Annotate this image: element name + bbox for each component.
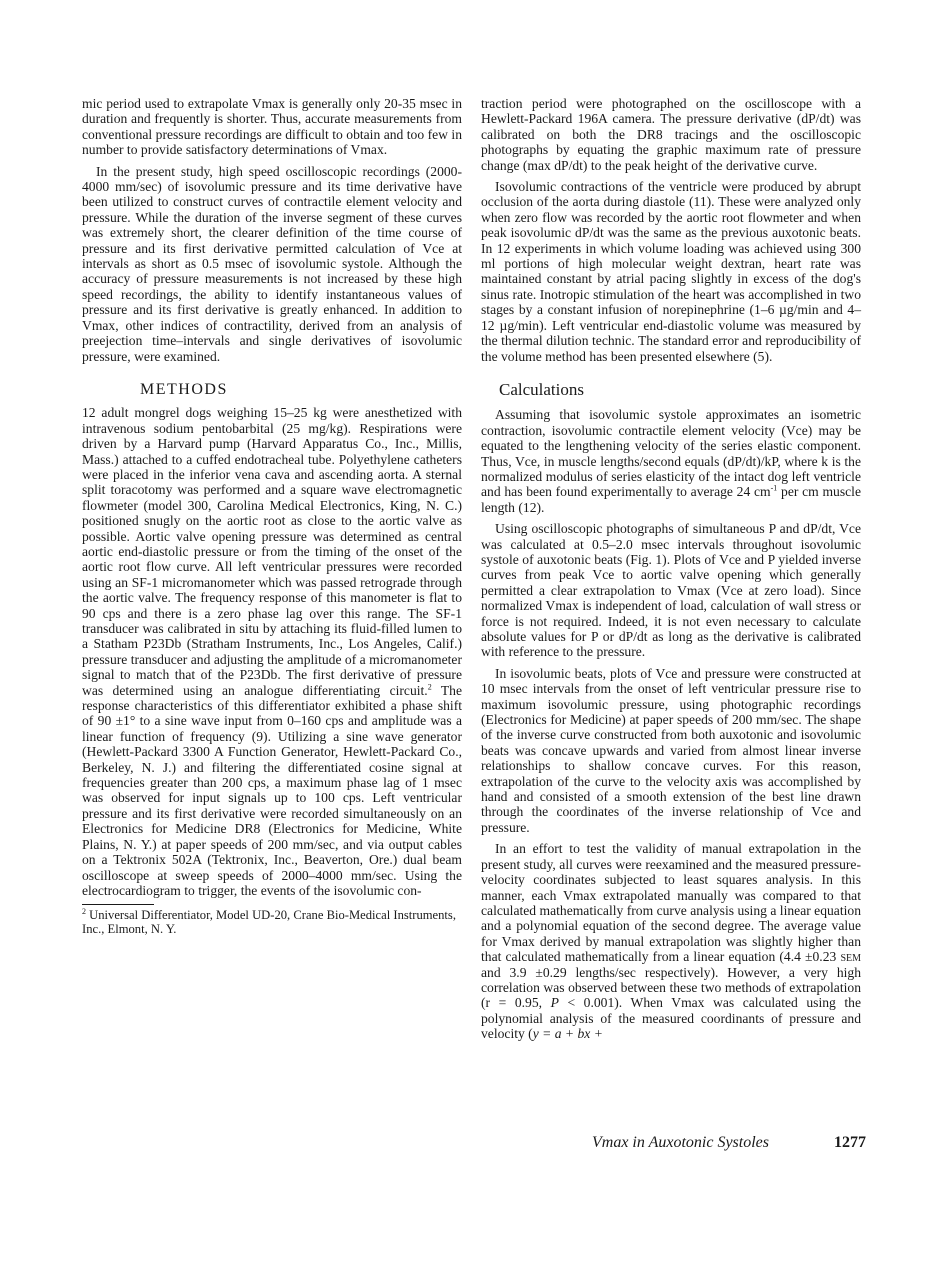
running-title: Vmax in Auxotonic Systoles [592, 1134, 769, 1152]
footnote: 2 Universal Differentiator, Model UD-20,… [82, 908, 462, 936]
p-value-symbol: P [551, 995, 559, 1010]
methods-paragraph: 12 adult mongrel dogs weighing 15–25 kg … [82, 405, 462, 898]
right-column: traction period were photographed on the… [481, 96, 861, 1048]
calc-paragraph: Assuming that isovolumic systole approxi… [481, 407, 861, 515]
calc-paragraph: Using oscilloscopic photographs of simul… [481, 521, 861, 660]
methods-text-part2: The response characteristics of this dif… [82, 683, 462, 898]
calc-paragraph: In an effort to test the validity of man… [481, 841, 861, 1041]
left-column: mic period used to extrapolate Vmax is g… [82, 96, 462, 942]
footnote-divider [82, 904, 154, 905]
body-paragraph: Isovolumic contractions of the ventricle… [481, 179, 861, 364]
footnote-text: Universal Differentiator, Model UD-20, C… [82, 908, 456, 936]
methods-text-part1: 12 adult mongrel dogs weighing 15–25 kg … [82, 405, 462, 697]
section-heading-methods: METHODS [140, 382, 462, 397]
page-footer: Vmax in Auxotonic Systoles 1277 [592, 1134, 866, 1152]
body-paragraph: In the present study, high speed oscillo… [82, 164, 462, 364]
calc-paragraph: In isovolumic beats, plots of Vce and pr… [481, 666, 861, 835]
page-number: 1277 [834, 1134, 866, 1152]
body-paragraph: traction period were photographed on the… [481, 96, 861, 173]
calc-text: In an effort to test the validity of man… [481, 841, 861, 964]
sem-abbrev: sem [840, 949, 861, 964]
section-heading-calculations: Calculations [499, 382, 861, 397]
body-paragraph: mic period used to extrapolate Vmax is g… [82, 96, 462, 158]
equation: y = a + bx + [533, 1026, 603, 1041]
